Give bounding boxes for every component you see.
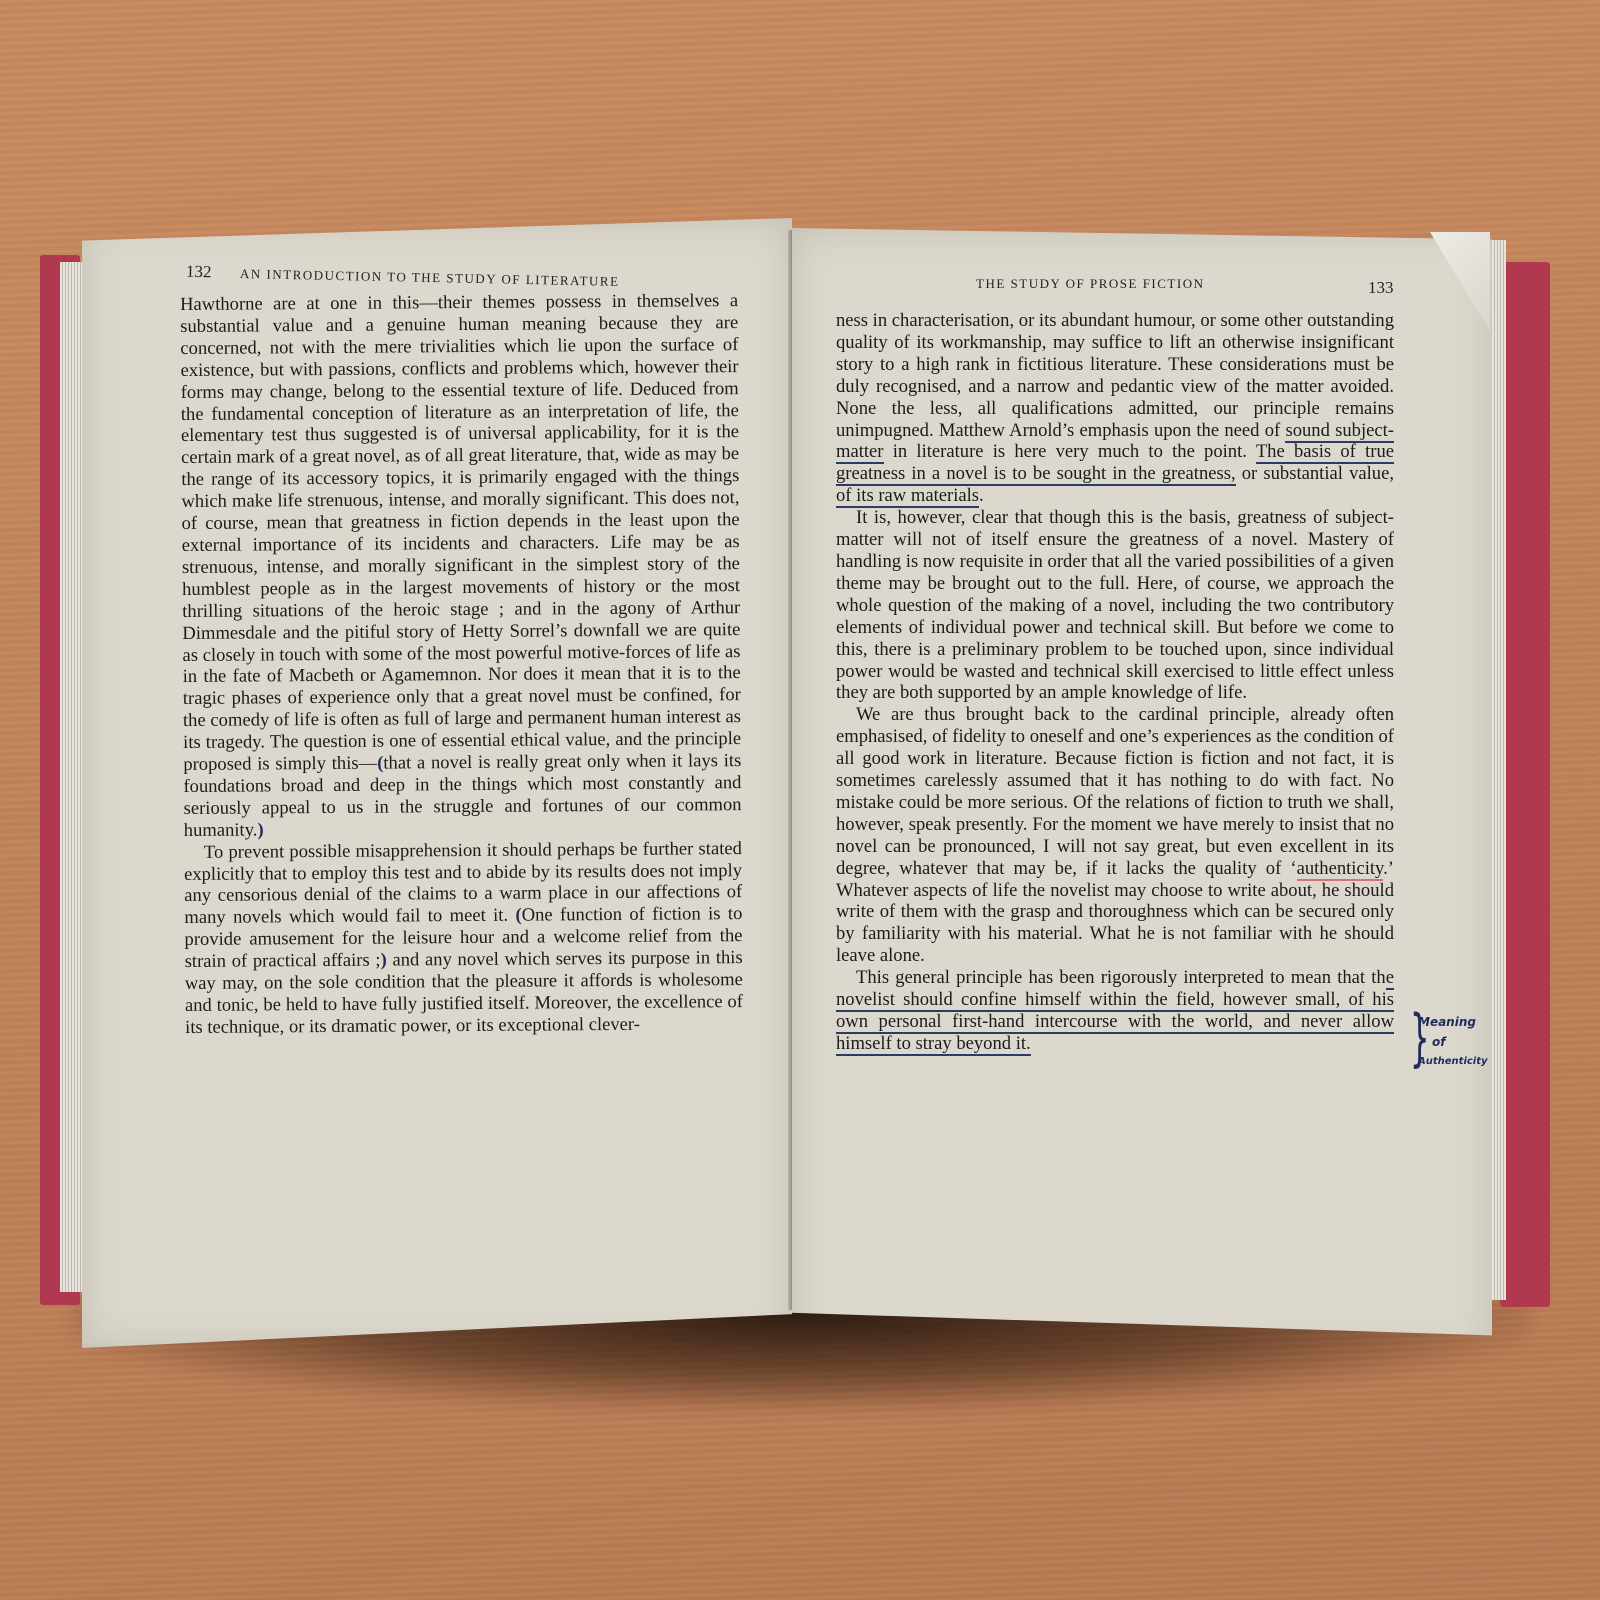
ink-bracket-close: ) [257,819,263,840]
paragraph: ness in characterisation, or its abundan… [836,310,1394,507]
underline-annotation: of its raw materials [836,485,979,508]
right-page-number: 133 [1368,278,1394,298]
paragraph: It is, however, clear that though this i… [836,507,1394,704]
left-page-number: 132 [186,262,212,283]
paragraph: To prevent possible misapprehension it s… [184,838,743,1039]
paragraph: Hawthorne are at one in this—their theme… [180,290,742,842]
red-underline-annotation: authenticity [1297,858,1384,881]
margin-note: Meaning of Authenticity [1418,1012,1508,1072]
left-page-body: Hawthorne are at one in this—their theme… [180,290,743,1039]
paragraph: This general principle has been rigorous… [836,967,1394,1055]
paragraph: We are thus brought back to the cardinal… [836,704,1394,967]
book-cover-right [1500,262,1550,1307]
right-page-body: ness in characterisation, or its abundan… [836,310,1394,1055]
page-edges-left [60,262,84,1292]
right-running-head: THE STUDY OF PROSE FICTION [976,276,1204,292]
